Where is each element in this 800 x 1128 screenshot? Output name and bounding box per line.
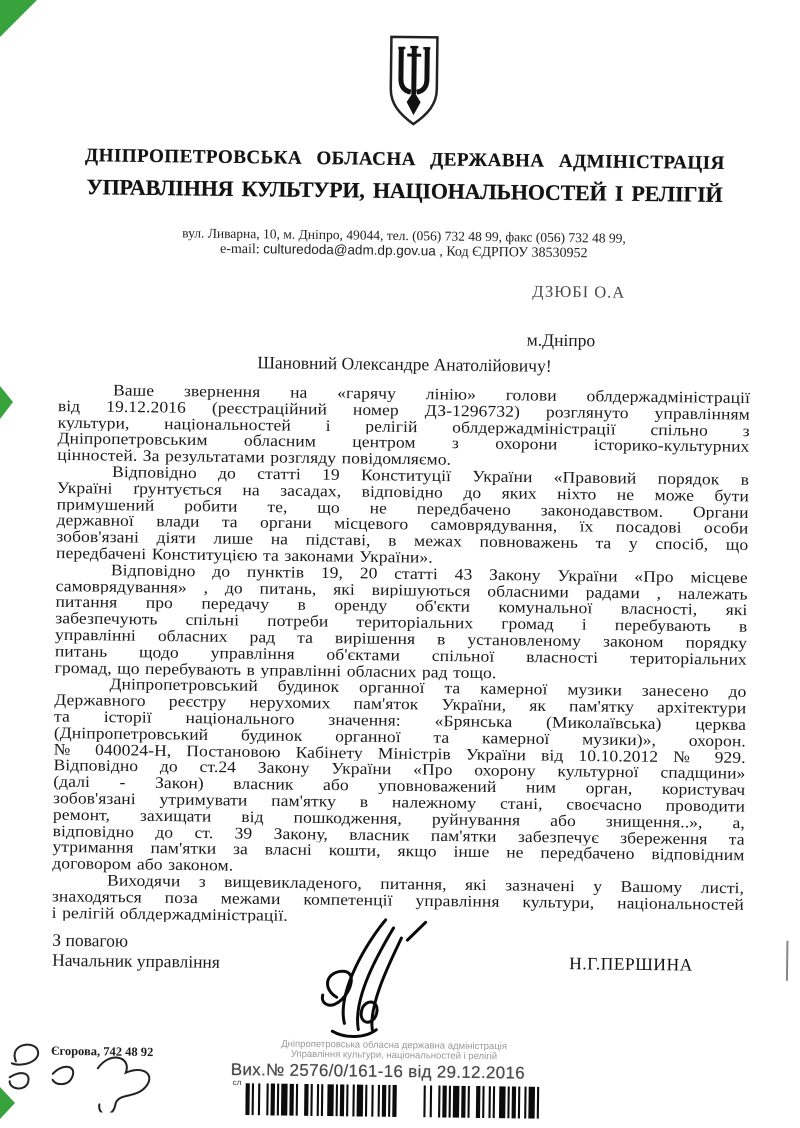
paragraph: Відповідно до статті 19 Конституції Укра… [56, 463, 749, 569]
edrpou-code: , Код ЄДРПОУ 38530952 [436, 244, 588, 261]
signer-name: Н.Г.ПЕРШИНА [569, 953, 693, 976]
scanned-letter-page: ДНІПРОПЕТРОВСЬКА ОБЛАСНА ДЕРЖАВНА АДМІНІ… [0, 0, 800, 1128]
org-name-line1: ДНІПРОПЕТРОВСЬКА ОБЛАСНА ДЕРЖАВНА АДМІНІ… [35, 145, 775, 176]
email-label: e-mail: [220, 242, 263, 258]
recipient-city: м.Дніпро [527, 330, 596, 352]
barcode-side-label: сл [233, 1078, 242, 1087]
closing-position: Начальник управління [52, 950, 220, 972]
closing-regards: З повагою [52, 930, 220, 952]
paragraph: Ваше звернення на «гарячу лінію» голови … [57, 382, 750, 472]
closing-block: З повагою Начальник управління [52, 930, 220, 972]
letter-sheet: ДНІПРОПЕТРОВСЬКА ОБЛАСНА ДЕРЖАВНА АДМІНІ… [0, 0, 800, 1128]
email-address: culturedoda@adm.dp.gov.ua [263, 241, 436, 258]
scan-edge-artifact [786, 941, 788, 981]
salutation: Шановний Олександре Анатолійовичу! [58, 350, 750, 379]
outgoing-number: Вих.№ 2576/0/161-16 від 29.12.2016 [231, 1060, 525, 1084]
signature-image [306, 911, 453, 1048]
trident-emblem-icon [387, 34, 440, 129]
recipient-name: ДЗЮБІ О.А [532, 282, 625, 303]
paragraph: Дніпропетровський будинок органної та ка… [52, 676, 746, 880]
executor-scribble-image [0, 1033, 160, 1113]
org-name-line2: УПРАВЛІННЯ КУЛЬТУРИ, НАЦІОНАЛЬНОСТЕЙ І Р… [24, 173, 784, 208]
paragraph: Відповідно до пунктів 19, 20 статті 43 З… [55, 562, 748, 685]
letter-body: Ваше звернення на «гарячу лінію» голови … [52, 382, 751, 930]
barcode [245, 1083, 543, 1119]
